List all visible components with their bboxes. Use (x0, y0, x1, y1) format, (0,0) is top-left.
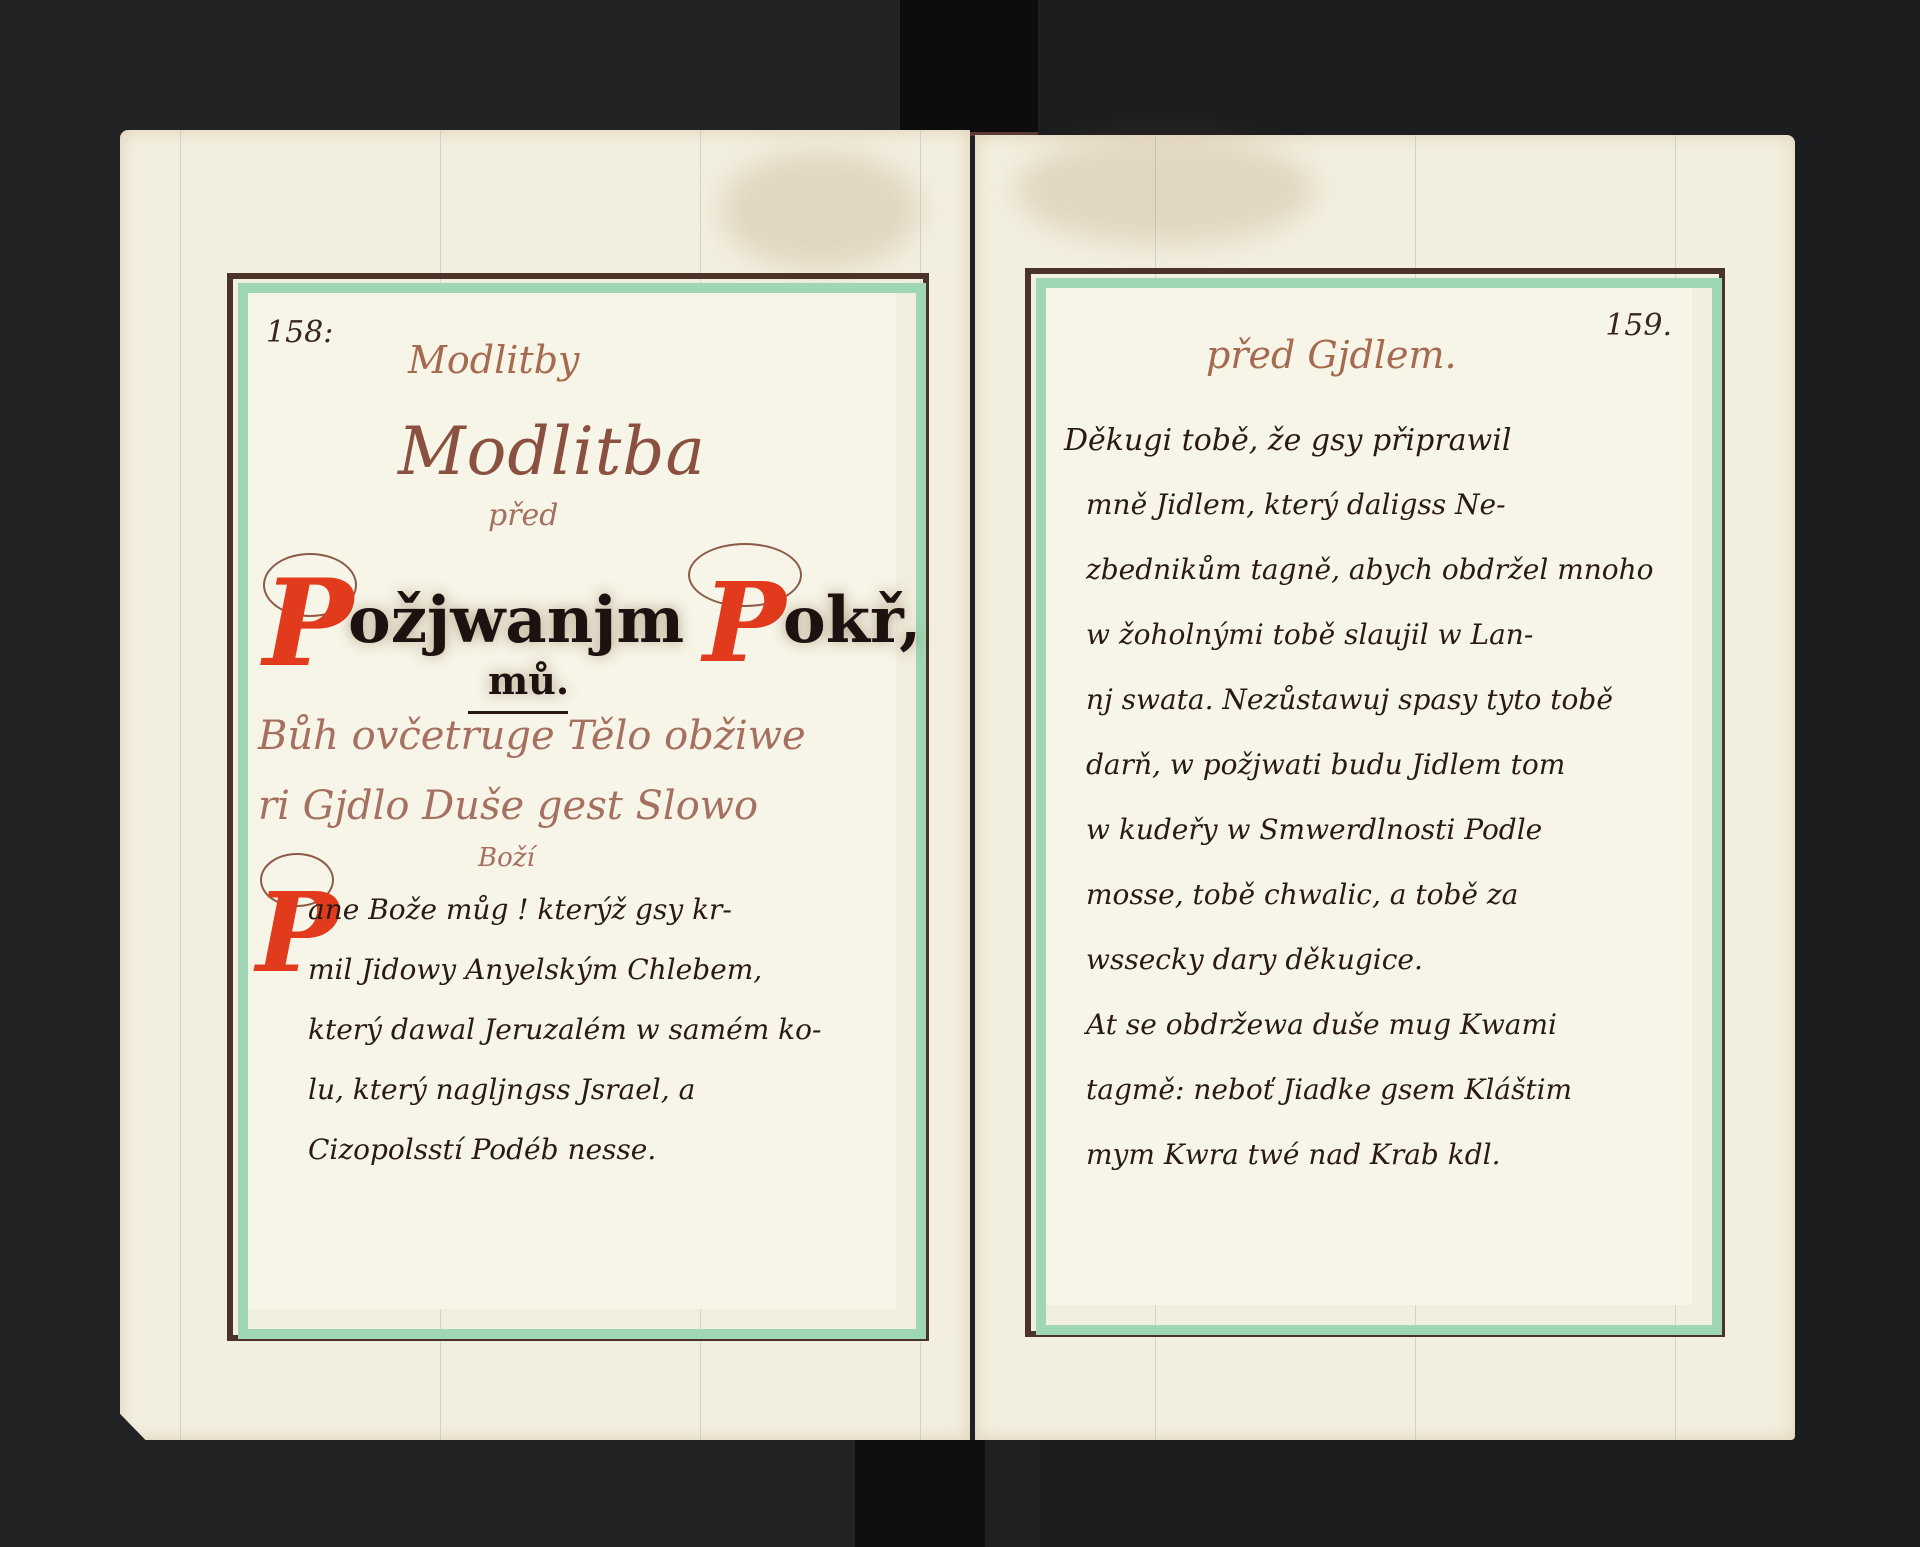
page-number: 159. (1605, 308, 1672, 343)
body-line: w žoholnými tobě slaujil w Lan- (1086, 618, 1533, 651)
running-head: Modlitby (408, 338, 579, 382)
body-line: darň, w požjwati budu Jidlem tom (1086, 748, 1565, 781)
body-line: Cizopolsstí Podéb nesse. (308, 1133, 656, 1166)
water-stain (1015, 135, 1315, 245)
title-main-second: okř, (783, 583, 921, 658)
page-frame-inner: 159. před Gjdlem. Děkugi tobě, že gsy př… (1046, 288, 1692, 1305)
body-line: ane Bože můg ! kterýž gsy kr- (308, 893, 732, 926)
water-stain (720, 150, 920, 270)
body-line: At se obdržewa duše mug Kwami (1086, 1008, 1557, 1041)
running-head: před Gjdlem. (1206, 333, 1457, 377)
body-line: který dawal Jeruzalém w samém ko- (308, 1013, 821, 1046)
book-spine-bottom (855, 1440, 985, 1547)
title-continuation: mů. (488, 658, 569, 703)
subtitle-tail: Boží (478, 843, 535, 873)
body-line: mil Jidowy Anyelským Chlebem, (308, 953, 762, 986)
body-line: lu, který nagljngss Jsrael, a (308, 1073, 695, 1106)
red-initial-p: P (263, 553, 353, 694)
left-page: 158: Modlitby Modlitba před P ožjwanjm P… (120, 130, 970, 1440)
page-number: 158: (266, 315, 333, 350)
body-line: mosse, tobě chwalic, a tobě za (1086, 878, 1518, 911)
book-spine-top (900, 0, 1038, 136)
subtitle-line-2: ri Gjdlo Duše gest Slowo (258, 783, 758, 829)
body-line: tagmě: neboť Jiadke gsem Kláštim (1086, 1073, 1572, 1106)
page-frame-inner: 158: Modlitby Modlitba před P ožjwanjm P… (248, 293, 896, 1309)
body-line: w kudeřy w Smwerdlnosti Podle (1086, 813, 1542, 846)
right-page: 159. před Gjdlem. Děkugi tobě, že gsy př… (975, 135, 1795, 1440)
red-initial-p2: P (703, 558, 786, 687)
title-preposition: před (488, 498, 559, 533)
body-line: wssecky dary děkugice. (1086, 943, 1423, 976)
body-line: mym Kwra twé nad Krab kdl. (1086, 1138, 1501, 1171)
title-main: ožjwanjm (348, 583, 684, 658)
body-line: Děkugi tobě, že gsy připrawil (1064, 423, 1511, 458)
body-line: nj swata. Nezůstawuj spasy tyto tobě (1086, 683, 1613, 716)
subtitle-line-1: Bůh ovčetruge Tělo obžiwe (258, 713, 806, 759)
body-line: mně Jidlem, který daligss Ne- (1086, 488, 1506, 521)
prayer-title: Modlitba (398, 413, 706, 490)
body-line: zbednikům tagně, abych obdržel mnoho (1086, 553, 1654, 586)
